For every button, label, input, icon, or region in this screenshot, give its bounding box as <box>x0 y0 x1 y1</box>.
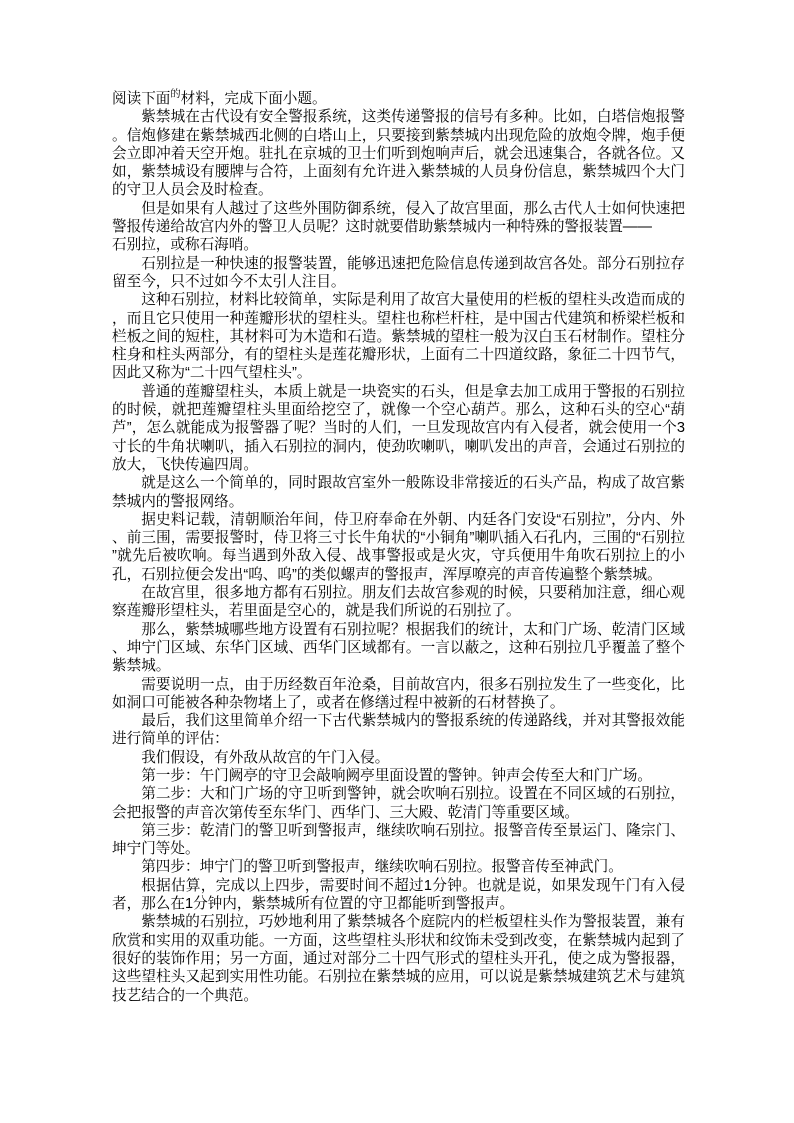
paragraph: 那么，紫禁城哪些地方设置有石别拉呢？根据我们的统计，太和门广场、乾清门区域、坤宁… <box>112 621 685 676</box>
paragraph: 这种石别拉，材料比较简单，实际是利用了故宫大量使用的栏板的望柱头改造而成的，而且… <box>112 291 685 382</box>
paragraph: 最后，我们这里简单介绍一下古代紫禁城内的警报系统的传递路线，并对其警报效能进行简… <box>112 712 685 749</box>
paragraph: 需要说明一点，由于历经数百年沧桑，目前故宫内，很多石别拉发生了一些变化，比如洞口… <box>112 676 685 713</box>
document-page: 阅读下面的材料，完成下面小题。 紫禁城在古代设有安全警报系统，这类传递警报的信号… <box>0 0 794 1123</box>
paragraph: 第三步：乾清门的警卫听到警报声，继续吹响石别拉。报警音传至景运门、隆宗门、坤宁门… <box>112 822 685 859</box>
intro-prefix: 阅读下面 <box>112 91 170 107</box>
paragraph: 紫禁城的石别拉，巧妙地利用了紫禁城各个庭院内的栏板望柱头作为警报装置，兼有欣赏和… <box>112 913 685 1004</box>
paragraph: 第四步：坤宁门的警卫听到警报声，继续吹响石别拉。报警音传至神武门。 <box>112 858 685 876</box>
paragraph: 根据估算，完成以上四步，需要时间不超过1分钟。也就是说，如果发现午门有入侵者，那… <box>112 877 685 914</box>
paragraph: 但是如果有人越过了这些外围防御系统，侵入了故宫里面，那么古代人士如何快速把警报传… <box>112 200 685 237</box>
paragraph: 第一步：午门阙亭的守卫会敲响阙亭里面设置的警钟。钟声会传至大和门广场。 <box>112 767 685 785</box>
paragraph: 在故宫里，很多地方都有石别拉。朋友们去故宫参观的时候，只要稍加注意，细心观察莲瓣… <box>112 584 685 621</box>
intro-line: 阅读下面的材料，完成下面小题。 <box>112 90 685 108</box>
reading-passage: 阅读下面的材料，完成下面小题。 紫禁城在古代设有安全警报系统，这类传递警报的信号… <box>112 90 685 1005</box>
paragraph: 第二步：大和门广场的守卫听到警钟，就会吹响石别拉。设置在不同区域的石别拉，会把报… <box>112 785 685 822</box>
intro-superscript: 的 <box>170 89 180 100</box>
paragraph: 普通的莲瓣望柱头，本质上就是一块瓷实的石头，但是拿去加工成用于警报的石别拉的时候… <box>112 383 685 474</box>
paragraphs-container: 紫禁城在古代设有安全警报系统，这类传递警报的信号有多种。比如，白塔信炮报警。信炮… <box>112 108 685 1005</box>
paragraph: 我们假设，有外敌从故宫的午门入侵。 <box>112 749 685 767</box>
paragraph: 就是这么一个简单的，同时跟故宫室外一般陈设非常接近的石头产品，构成了故宫紫禁城内… <box>112 474 685 511</box>
paragraph: 紫禁城在古代设有安全警报系统，这类传递警报的信号有多种。比如，白塔信炮报警。信炮… <box>112 108 685 199</box>
paragraph: 石别拉是一种快速的报警装置，能够迅速把危险信息传递到故宫各处。部分石别拉存留至今… <box>112 255 685 292</box>
paragraph: 石别拉，或称石海哨。 <box>112 236 685 254</box>
paragraph: 据史料记载，清朝顺治年间，侍卫府奉命在外朝、内廷各门安设“石别拉”，分内、外、前… <box>112 511 685 584</box>
intro-suffix: 材料，完成下面小题。 <box>181 91 327 107</box>
